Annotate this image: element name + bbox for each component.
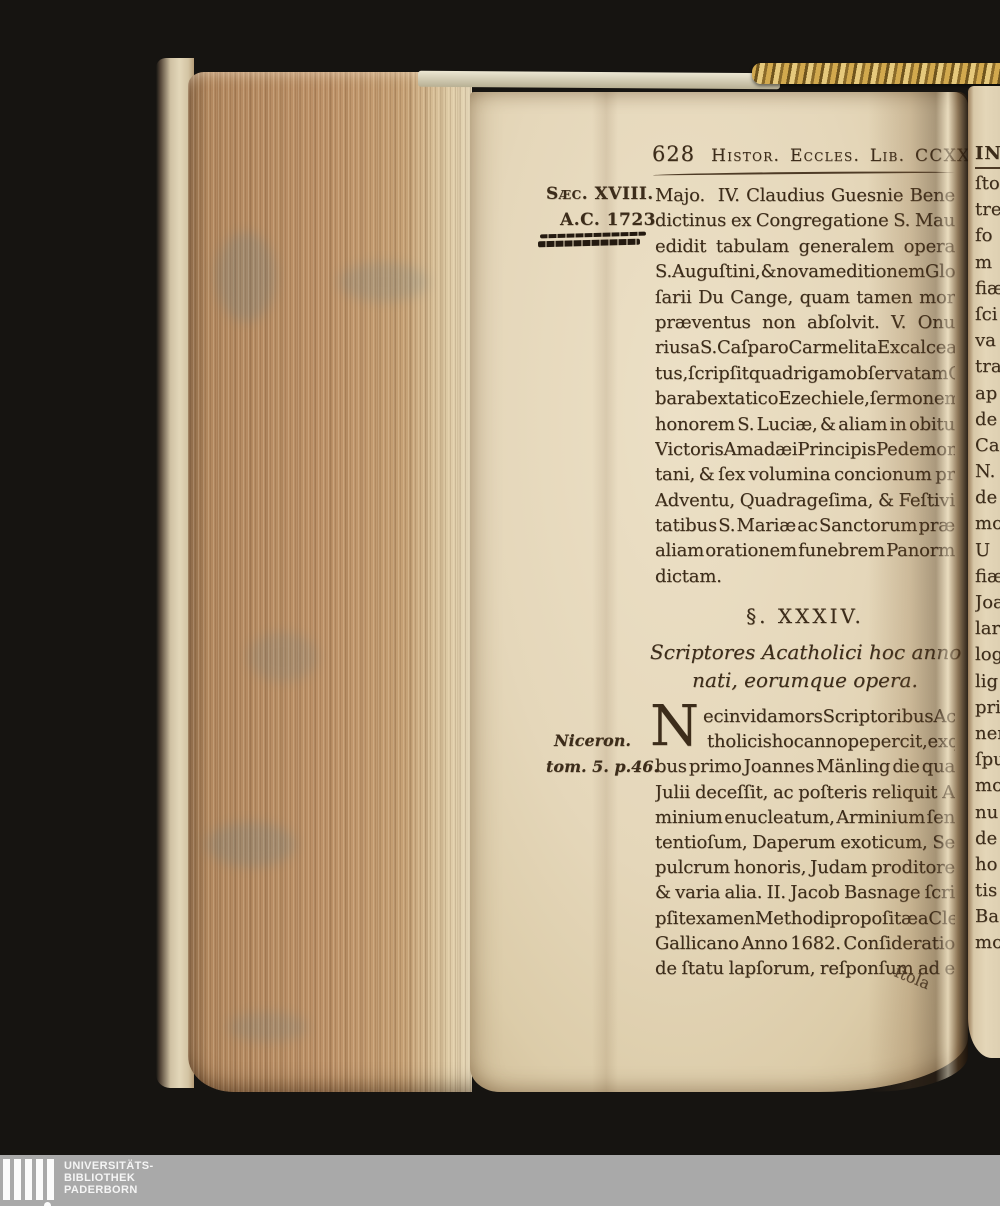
text-line: de (975, 409, 1000, 435)
next-page-text: ſtotrefomfiæſcivatraapdeCaN.demoUfiæJoal… (975, 173, 1000, 959)
text-line: tra (975, 356, 1000, 382)
book-cover-edge-top (418, 71, 780, 90)
next-page-header: IN (975, 143, 1000, 169)
book-headband (752, 63, 1000, 84)
text-line: va (975, 330, 1000, 356)
text-line: nu (975, 802, 1000, 828)
text-line: Ba (975, 906, 1000, 932)
next-page-edge: IN ſtotrefomfiæſcivatraapdeCaN.demoUfiæJ… (968, 86, 1000, 1058)
library-logo-icon (3, 1159, 63, 1205)
margin-note-reference: Niceron. (554, 731, 631, 750)
text-line: mo (975, 513, 1000, 539)
watermark-text: UNIVERSITÄTS- BIBLIOTHEK PADERBORN (64, 1160, 154, 1196)
text-line: ſpu (975, 749, 1000, 775)
text-line: de (975, 487, 1000, 513)
ink-smudge (216, 232, 276, 322)
text-line: pri (975, 697, 1000, 723)
text-line: tis (975, 880, 1000, 906)
text-line: ner (975, 723, 1000, 749)
text-line: lig (975, 671, 1000, 697)
text-line: Ca (975, 435, 1000, 461)
text-line: N. (975, 461, 1000, 487)
ink-smudge (248, 632, 318, 682)
text-line: ſto (975, 173, 1000, 199)
text-line: ap (975, 383, 1000, 409)
text-line: tre (975, 199, 1000, 225)
watermark-bar: UNIVERSITÄTS- BIBLIOTHEK PADERBORN (0, 1155, 1000, 1206)
text-line: mo (975, 932, 1000, 958)
text-line: de (975, 828, 1000, 854)
watermark-line: UNIVERSITÄTS- (64, 1160, 154, 1172)
book-page: 628 Histor. Eccles. Lib. CCXXII. Sæc. XV… (470, 92, 968, 1092)
text-line: m (975, 252, 1000, 278)
text-line: ho (975, 854, 1000, 880)
watermark-line: BIBLIOTHEK (64, 1172, 154, 1184)
margin-note-saeculum: Sæc. XVIII. (546, 184, 654, 204)
text-line: U (975, 540, 1000, 566)
page-curl-shadow (868, 92, 968, 1092)
margin-note-year: A.C. 1723 (560, 210, 656, 230)
text-line: Joa (975, 592, 1000, 618)
text-line: fo (975, 225, 1000, 251)
text-line: lar (975, 618, 1000, 644)
text-line: fiæ (975, 566, 1000, 592)
ink-smudge (228, 1012, 308, 1042)
ink-smudge (338, 262, 428, 302)
ink-smudge (206, 822, 296, 867)
text-line: mo (975, 775, 1000, 801)
margin-note-reference: tom. 5. p.46. (546, 757, 659, 776)
logo-dot (44, 1202, 51, 1206)
text-line: fiæ (975, 278, 1000, 304)
page-number: 628 (652, 142, 695, 166)
watermark-line: PADERBORN (64, 1184, 154, 1196)
text-line: ſci (975, 304, 1000, 330)
text-line: log (975, 644, 1000, 670)
margin-rule (538, 239, 640, 248)
next-page-header-rule (975, 167, 1000, 169)
book-fore-edge-pages (188, 72, 472, 1092)
